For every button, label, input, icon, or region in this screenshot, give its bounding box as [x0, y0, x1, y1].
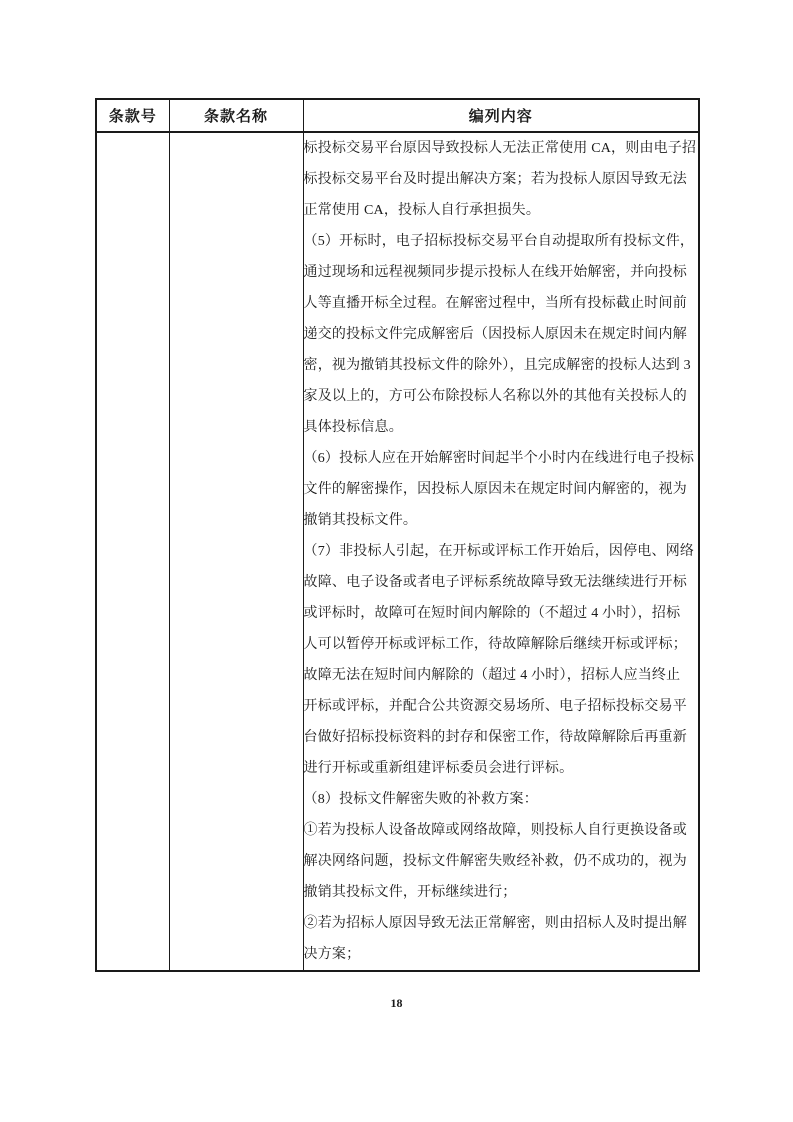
content-line: 通过现场和远程视频同步提示投标人在线开始解密，并向投标 [304, 257, 699, 288]
content-line: 标投标交易平台及时提出解决方案；若为投标人原因导致无法 [304, 164, 699, 195]
header-clause-no: 条款号 [96, 99, 169, 132]
content-line: 家及以上的，方可公布除投标人名称以外的其他有关投标人的 [304, 381, 699, 412]
content-line: 故障、电子设备或者电子评标系统故障导致无法继续进行开标 [304, 567, 699, 598]
content-line: 进行开标或重新组建评标委员会进行评标。 [304, 753, 699, 784]
content-line: （7）非投标人引起，在开标或评标工作开始后，因停电、网络 [304, 536, 699, 567]
content-line: 人等直播开标全过程。在解密过程中，当所有投标截止时间前 [304, 288, 699, 319]
cell-clause-no [96, 132, 169, 971]
content-line: 密，视为撤销其投标文件的除外），且完成解密的投标人达到 3 [304, 350, 699, 381]
cell-content: 标投标交易平台原因导致投标人无法正常使用 CA，则由电子招标投标交易平台及时提出… [303, 132, 699, 971]
content-line: 故障无法在短时间内解除的（超过 4 小时），招标人应当终止 [304, 660, 699, 691]
content-line: 台做好招标投标资料的封存和保密工作，待故障解除后再重新 [304, 722, 699, 753]
content-line: 开标或评标，并配合公共资源交易场所、电子招标投标交易平 [304, 691, 699, 722]
content-line: （8）投标文件解密失败的补救方案： [304, 784, 699, 815]
table-header-row: 条款号 条款名称 编列内容 [96, 99, 699, 132]
content-line: 决方案； [304, 939, 699, 970]
header-clause-name: 条款名称 [169, 99, 303, 132]
content-line: 解决网络问题，投标文件解密失败经补救，仍不成功的，视为 [304, 846, 699, 877]
content-line: （5）开标时，电子招标投标交易平台自动提取所有投标文件， [304, 226, 699, 257]
document-page: 条款号 条款名称 编列内容 标投标交易平台原因导致投标人无法正常使用 CA，则由… [0, 0, 793, 1122]
page-number: 18 [0, 996, 793, 1011]
table-row: 标投标交易平台原因导致投标人无法正常使用 CA，则由电子招标投标交易平台及时提出… [96, 132, 699, 971]
content-line: ①若为投标人设备故障或网络故障，则投标人自行更换设备或 [304, 815, 699, 846]
content-line: 具体投标信息。 [304, 412, 699, 443]
clause-table: 条款号 条款名称 编列内容 标投标交易平台原因导致投标人无法正常使用 CA，则由… [95, 98, 700, 972]
content-line: 人可以暂停开标或评标工作，待故障解除后继续开标或评标； [304, 629, 699, 660]
content-line: 正常使用 CA，投标人自行承担损失。 [304, 195, 699, 226]
content-line: 撤销其投标文件，开标继续进行； [304, 877, 699, 908]
header-content: 编列内容 [303, 99, 699, 132]
content-line: 文件的解密操作，因投标人原因未在规定时间内解密的，视为 [304, 474, 699, 505]
content-line: 撤销其投标文件。 [304, 505, 699, 536]
content-line: 递交的投标文件完成解密后（因投标人原因未在规定时间内解 [304, 319, 699, 350]
cell-clause-name [169, 132, 303, 971]
content-lines: 标投标交易平台原因导致投标人无法正常使用 CA，则由电子招标投标交易平台及时提出… [304, 133, 699, 970]
content-line: 或评标时，故障可在短时间内解除的（不超过 4 小时），招标 [304, 598, 699, 629]
content-line: 标投标交易平台原因导致投标人无法正常使用 CA，则由电子招 [304, 133, 699, 164]
content-line: ②若为招标人原因导致无法正常解密，则由招标人及时提出解 [304, 908, 699, 939]
content-line: （6）投标人应在开始解密时间起半个小时内在线进行电子投标 [304, 443, 699, 474]
